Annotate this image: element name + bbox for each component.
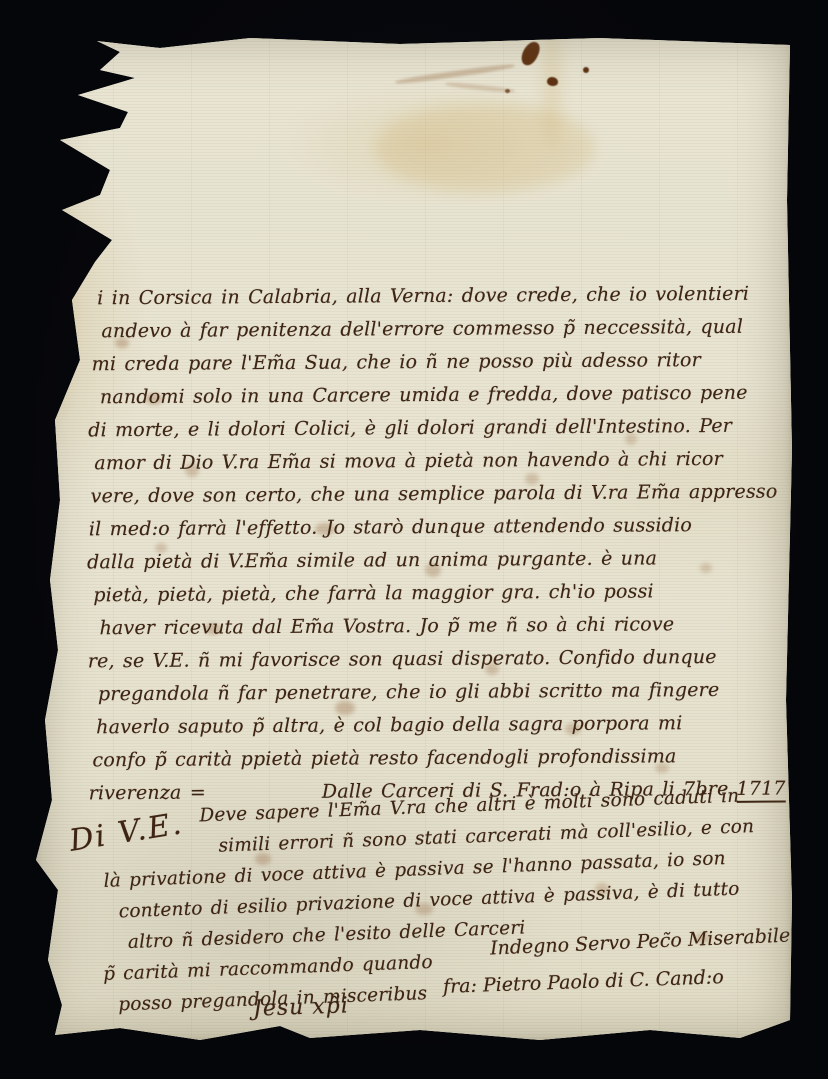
manuscript-line: pregandola ñ far penetrare, che io gli a… — [98, 679, 760, 717]
manuscript-line: amor di Dio V.ra Em̃a si mova à pietà no… — [94, 448, 758, 486]
manuscript-line: mi creda pare l'Em̃a Sua, che io ñ ne po… — [92, 349, 758, 387]
paper-stain — [375, 103, 595, 193]
photo-background: i in Corsica in Calabria, alla Verna: do… — [0, 0, 828, 1079]
closing-word: riverenza = — [89, 782, 206, 805]
manuscript-line: haverlo saputo p̃ altra, è col bagio del… — [96, 712, 760, 750]
manuscript-line: pietà, pietà, pietà, che farrà la maggio… — [93, 580, 759, 618]
paper-sheet: i in Corsica in Calabria, alla Verna: do… — [35, 33, 792, 1041]
manuscript-line: dalla pietà di V.Em̃a simile ad un anima… — [87, 547, 759, 585]
dateline-year: 1717 — [736, 777, 785, 802]
manuscript-line: di morte, e li dolori Colici, è gli dolo… — [88, 415, 758, 453]
manuscript-line: nandomi solo in una Carcere umida e fred… — [100, 382, 758, 420]
manuscript-line: andevo à far penitenza dell'errore comme… — [101, 316, 757, 354]
letter-body: i in Corsica in Calabria, alla Verna: do… — [85, 283, 761, 816]
ink-blot — [547, 77, 558, 86]
manuscript-line: il med:o farrà l'effetto. Jo starò dunqu… — [89, 514, 759, 552]
ink-blot — [519, 39, 543, 68]
manuscript-line: confo p̃ carità ppietà pietà resto facen… — [92, 745, 760, 783]
ink-bleed-mark — [445, 81, 515, 93]
ink-blot — [583, 67, 589, 73]
manuscript-line: re, se V.E. ñ mi favorisce son quasi dis… — [88, 646, 760, 684]
paper-stain — [43, 183, 69, 413]
benediction: Jesu xp̃i — [253, 993, 350, 1021]
paper-stain — [543, 27, 561, 147]
manuscript-line: i in Corsica in Calabria, alla Verna: do… — [97, 283, 757, 321]
manuscript-line: haver ricevuta dal Em̃a Vostra. Jo p̃ me… — [99, 613, 759, 651]
manuscript-line: vere, dove son certo, che una semplice p… — [91, 481, 759, 519]
